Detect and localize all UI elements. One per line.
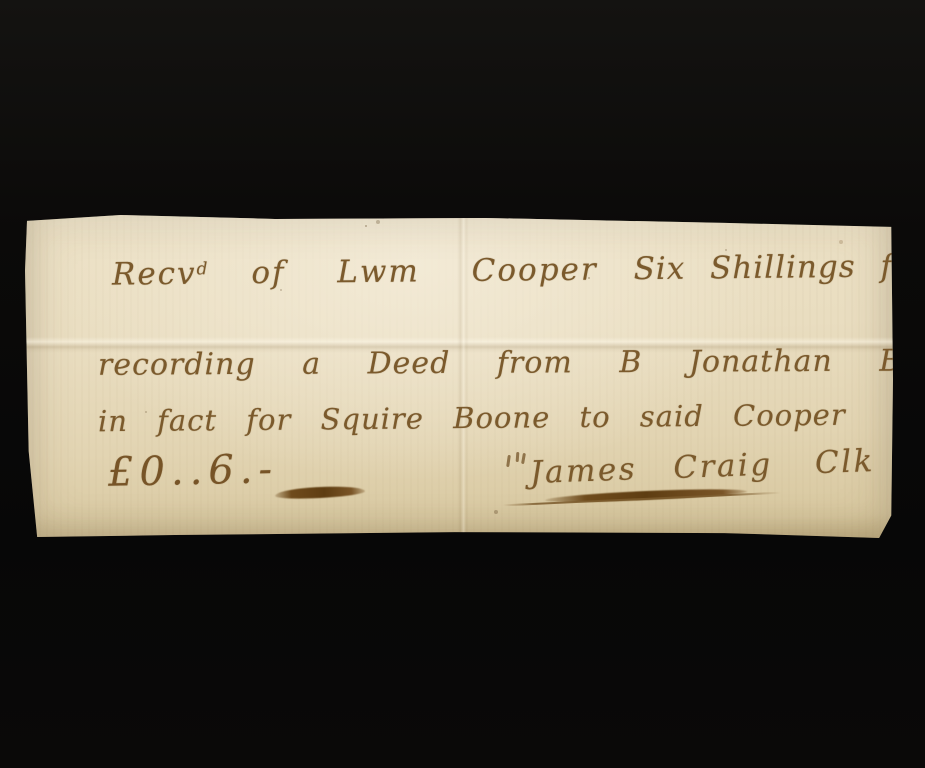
received-word: Recv <box>112 256 197 293</box>
signature-name: James Craig <box>529 447 773 491</box>
receipt-line-in-fact: in fact for Squire Boone to said Cooper <box>98 399 846 439</box>
signature-line: James Craig Clk <box>529 444 875 492</box>
superscript-d: d <box>196 259 207 279</box>
ink-smear-after-amount <box>275 485 365 501</box>
received-abbreviation: Recvd <box>112 256 208 293</box>
receipt-line-recording: recording a Deed from B Jonathan Boone A… <box>98 343 925 383</box>
payer-phrase: of Lwm Cooper <box>251 252 598 292</box>
signature-flourish-underline <box>503 492 781 507</box>
amount-phrase: Six Shillings for <box>633 248 925 287</box>
receipt-line-received: Recvd of Lwm Cooper Six Shillings for —— <box>112 248 925 293</box>
paper-specks <box>25 211 27 213</box>
photo-background: Recvd of Lwm Cooper Six Shillings for ——… <box>0 0 925 768</box>
signature-title: Clk <box>814 443 875 481</box>
amount-figure: £0..6.- <box>108 446 279 496</box>
receipt-paper: Recvd of Lwm Cooper Six Shillings for ——… <box>25 211 893 542</box>
